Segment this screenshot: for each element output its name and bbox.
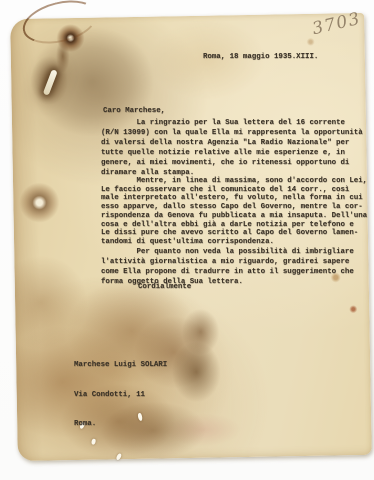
- archive-number-annotation: 3703: [310, 9, 363, 40]
- recipient-street: Via Condotti, 11: [74, 391, 167, 401]
- paragraph-3: Per quanto non veda la possibilità di im…: [101, 248, 373, 288]
- paragraph-1: La ringrazio per la Sua lettera del 16 c…: [101, 119, 373, 178]
- salutation: Caro Marchese,: [103, 107, 165, 116]
- closing-formula: Cordialmente: [138, 283, 191, 292]
- recipient-city: Roma.: [74, 420, 167, 430]
- paragraph-2: Mentre, in linea di massima, sono d'acco…: [101, 177, 373, 247]
- scanned-letter-page: 3703 Roma, 18 maggio 1935.XIII. Caro Mar…: [0, 0, 374, 480]
- recipient-name: Marchese Luigi SOLARI: [74, 361, 167, 371]
- recipient-address-block: Marchese Luigi SOLARI Via Condotti, 11 R…: [74, 341, 167, 450]
- letter-text: 3703 Roma, 18 maggio 1935.XIII. Caro Mar…: [0, 0, 374, 480]
- dateline: Roma, 18 maggio 1935.XIII.: [203, 53, 318, 62]
